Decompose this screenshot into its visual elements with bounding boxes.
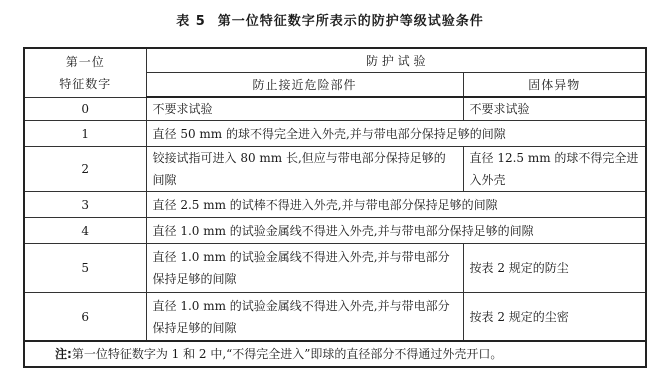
header-protection-test: 防 护 试 验 xyxy=(146,48,646,73)
table-row: 0 不要求试验 不要求试验 xyxy=(24,97,646,121)
table-caption: 第一位特征数字所表示的防护等级试验条件 xyxy=(218,14,484,29)
table-row: 5 直径 1.0 mm 的试验金属线不得进入外壳,并与带电部分保持足够的间隙 按… xyxy=(24,244,646,293)
note-cell: 注:第一位特征数字为 1 和 2 中,“不得完全进入”即球的直径部分不得通过外壳… xyxy=(24,341,646,367)
header-hazard: 防止接近危险部件 xyxy=(146,73,463,98)
header-solid: 固体异物 xyxy=(463,73,646,98)
table-row: 4 直径 1.0 mm 的试验金属线不得进入外壳,并与带电部分保持足够的间隙 xyxy=(24,218,646,244)
table-row: 1 直径 50 mm 的球不得完全进入外壳,并与带电部分保持足够的间隙 xyxy=(24,121,646,147)
hazard-cell: 直径 1.0 mm 的试验金属线不得进入外壳,并与带电部分保持足够的间隙 xyxy=(146,293,463,342)
digit-cell: 4 xyxy=(24,218,146,244)
header-digit: 第一位 特征数字 xyxy=(24,48,146,97)
header-digit-line1: 第一位 xyxy=(31,51,140,73)
merged-cell: 直径 1.0 mm 的试验金属线不得进入外壳,并与带电部分保持足够的间隙 xyxy=(146,218,646,244)
header-digit-line2: 特征数字 xyxy=(31,73,140,95)
note-row: 注:第一位特征数字为 1 和 2 中,“不得完全进入”即球的直径部分不得通过外壳… xyxy=(24,341,646,367)
digit-cell: 2 xyxy=(24,147,146,192)
solid-cell: 直径 12.5 mm 的球不得完全进入外壳 xyxy=(463,147,646,192)
digit-cell: 5 xyxy=(24,244,146,293)
table-title: 表 5第一位特征数字所表示的防护等级试验条件 xyxy=(0,10,660,29)
table-row: 2 铰接试指可进入 80 mm 长,但应与带电部分保持足够的间隙 直径 12.5… xyxy=(24,147,646,192)
note-label: 注: xyxy=(55,347,72,361)
table-number: 表 5 xyxy=(176,14,206,29)
note-text: 第一位特征数字为 1 和 2 中,“不得完全进入”即球的直径部分不得通过外壳开口… xyxy=(72,347,503,361)
digit-cell: 3 xyxy=(24,192,146,218)
hazard-cell: 直径 1.0 mm 的试验金属线不得进入外壳,并与带电部分保持足够的间隙 xyxy=(146,244,463,293)
solid-cell: 不要求试验 xyxy=(463,97,646,121)
table-row: 6 直径 1.0 mm 的试验金属线不得进入外壳,并与带电部分保持足够的间隙 按… xyxy=(24,293,646,342)
hazard-cell: 铰接试指可进入 80 mm 长,但应与带电部分保持足够的间隙 xyxy=(146,147,463,192)
hazard-cell: 不要求试验 xyxy=(146,97,463,121)
solid-cell: 按表 2 规定的防尘 xyxy=(463,244,646,293)
digit-cell: 6 xyxy=(24,293,146,342)
merged-cell: 直径 2.5 mm 的试棒不得进入外壳,并与带电部分保持足够的间隙 xyxy=(146,192,646,218)
solid-cell: 按表 2 规定的尘密 xyxy=(463,293,646,342)
table-row: 3 直径 2.5 mm 的试棒不得进入外壳,并与带电部分保持足够的间隙 xyxy=(24,192,646,218)
digit-cell: 0 xyxy=(24,97,146,121)
protection-test-table: 第一位 特征数字 防 护 试 验 防止接近危险部件 固体异物 0 不要求试验 不… xyxy=(23,47,647,368)
digit-cell: 1 xyxy=(24,121,146,147)
merged-cell: 直径 50 mm 的球不得完全进入外壳,并与带电部分保持足够的间隙 xyxy=(146,121,646,147)
header-row-1: 第一位 特征数字 防 护 试 验 xyxy=(24,48,646,73)
